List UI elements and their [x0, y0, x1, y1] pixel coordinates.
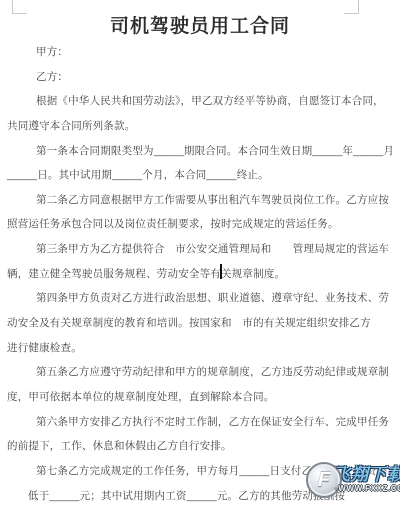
contract-line[interactable]: 度，甲可依据本单位的规章制度处理，直到解除本合同。 [0, 385, 400, 410]
contract-line[interactable]: 第一条本合同期限类型为_____期限合同。本合同生效日期_____年_____月 [0, 139, 400, 164]
fxxz-watermark: F 飞翔下载 -WWW.FXXZ.COM [306, 457, 398, 504]
contract-line[interactable]: 照营运任务承包合同以及岗位责任制要求，按时完成规定的营运任务。 [0, 212, 400, 237]
text-caret [220, 264, 222, 279]
contract-line[interactable]: 动安全及有关规章制度的教育和培训。按国家和 市的有关规定组织安排乙方 [0, 311, 400, 336]
contract-line[interactable]: 第五条乙方应遵守劳动纪律和甲方的规章制度，乙方违反劳动纪律或规章制 [0, 360, 400, 385]
document-page: 司机驾驶员用工合同 甲方：乙方：根据《中华人民共和国劳动法》，甲乙双方经平等协商… [0, 0, 400, 507]
contract-line[interactable]: 第二条乙方同意根据甲方工作需要从事出租汽车驾驶员岗位工作。乙方应按 [0, 188, 400, 213]
contract-line[interactable]: 根据《中华人民共和国劳动法》，甲乙双方经平等协商，自愿签订本合同， [0, 89, 400, 114]
contract-line[interactable]: 第四条甲方负责对乙方进行政治思想、职业道德、遵章守纪、业务技术、劳 [0, 286, 400, 311]
contract-line[interactable]: _____日。其中试用期_____个月，本合同_____终止。 [0, 163, 400, 188]
watermark-brand: 飞翔下载 [333, 460, 400, 485]
contract-line[interactable]: 乙方： [0, 65, 400, 90]
contract-line[interactable]: 共同遵守本合同所列条款。 [0, 114, 400, 139]
contract-line[interactable]: 的前提下，工作、休息和休假由乙方自行安排。 [0, 434, 400, 459]
contract-body: 甲方：乙方：根据《中华人民共和国劳动法》，甲乙双方经平等协商，自愿签订本合同，共… [0, 40, 400, 507]
contract-line[interactable]: 甲方： [0, 40, 400, 65]
contract-line[interactable]: 进行健康检查。 [0, 336, 400, 361]
contract-line[interactable]: 第三条甲方为乙方提供符合 市公安交通管理局和 管理局规定的营运车 [0, 237, 400, 262]
contract-line[interactable]: 第六条甲方安排乙方执行不定时工作制，乙方在保证安全行车、完成甲任务 [0, 410, 400, 435]
contract-line[interactable]: 辆，建立健全驾驶员服务规程、劳动安全等有关规章制度。 [0, 262, 400, 287]
document-title[interactable]: 司机驾驶员用工合同 [0, 11, 400, 38]
watermark-url: -WWW.FXXZ.COM [335, 484, 400, 493]
